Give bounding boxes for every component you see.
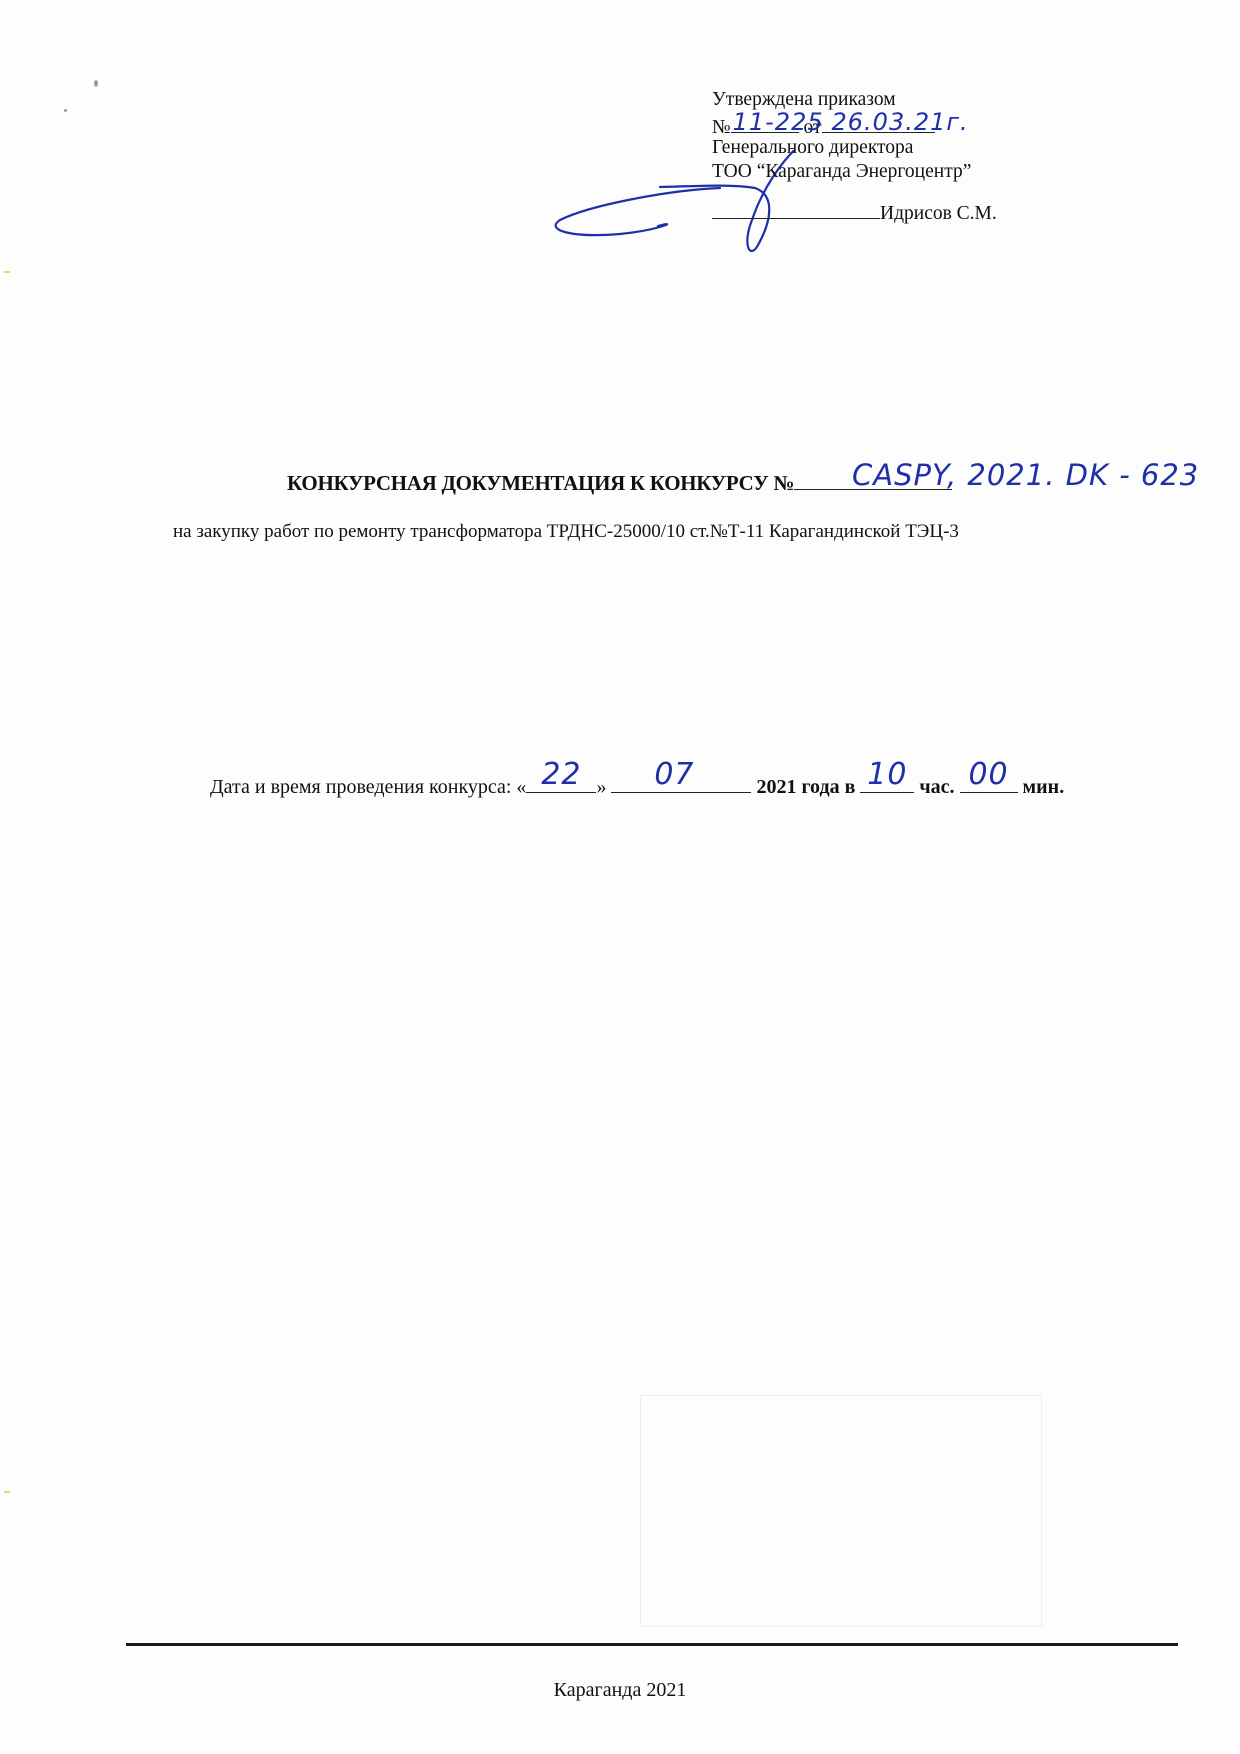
date-label: Дата и время проведения конкурса: « (210, 776, 526, 798)
document-page: Утверждена приказом №11-225 от26.03.21г.… (0, 0, 1240, 1754)
month-value: 07 (654, 757, 694, 792)
order-date-field: 26.03.21г. (822, 112, 935, 133)
footer-city-year: Караганда 2021 (0, 1679, 1240, 1702)
margin-mark (4, 1491, 10, 1493)
minute-field: 00 (960, 770, 1018, 793)
margin-mark (4, 271, 10, 273)
month-field: 07 (611, 770, 751, 793)
year-text: 2021 года в (756, 776, 855, 798)
minute-label: мин. (1023, 776, 1065, 798)
order-date: 26.03.21г. (832, 110, 969, 134)
approval-company: ТОО “Караганда Энергоцентр” (712, 160, 997, 184)
hour-label: час. (919, 776, 954, 798)
signatory-name: Идрисов С.М. (880, 203, 997, 224)
order-number: 11-225 (733, 110, 824, 134)
document-subtitle: на закупку работ по ремонту трансформато… (173, 521, 959, 543)
order-number-field: 11-225 (731, 112, 799, 133)
competition-date-line: Дата и время проведения конкурса: «22» 0… (210, 770, 1064, 799)
day-value: 22 (541, 757, 581, 792)
day-field: 22 (526, 770, 596, 793)
competition-number: CASPY, 2021. DK - 623 (852, 458, 1199, 492)
approval-order-line: №11-225 от26.03.21г. (712, 112, 997, 136)
minute-value: 00 (968, 757, 1008, 792)
footer-divider (126, 1643, 1178, 1646)
scan-speck (64, 109, 67, 112)
hour-value: 10 (867, 757, 907, 792)
approval-block: Утверждена приказом №11-225 от26.03.21г.… (712, 88, 997, 222)
approval-position: Генерального директора (712, 136, 997, 160)
signature-line: Идрисов С.М. (712, 198, 997, 222)
scan-speck (94, 80, 98, 87)
number-sign: № (712, 117, 731, 138)
hour-field: 10 (860, 770, 914, 793)
reverse-side-bleed-through (640, 1395, 1042, 1627)
close-quote: » (596, 776, 606, 798)
signature-field (712, 198, 880, 219)
title-text: КОНКУРСНАЯ ДОКУМЕНТАЦИЯ К КОНКУРСУ № (287, 471, 794, 495)
